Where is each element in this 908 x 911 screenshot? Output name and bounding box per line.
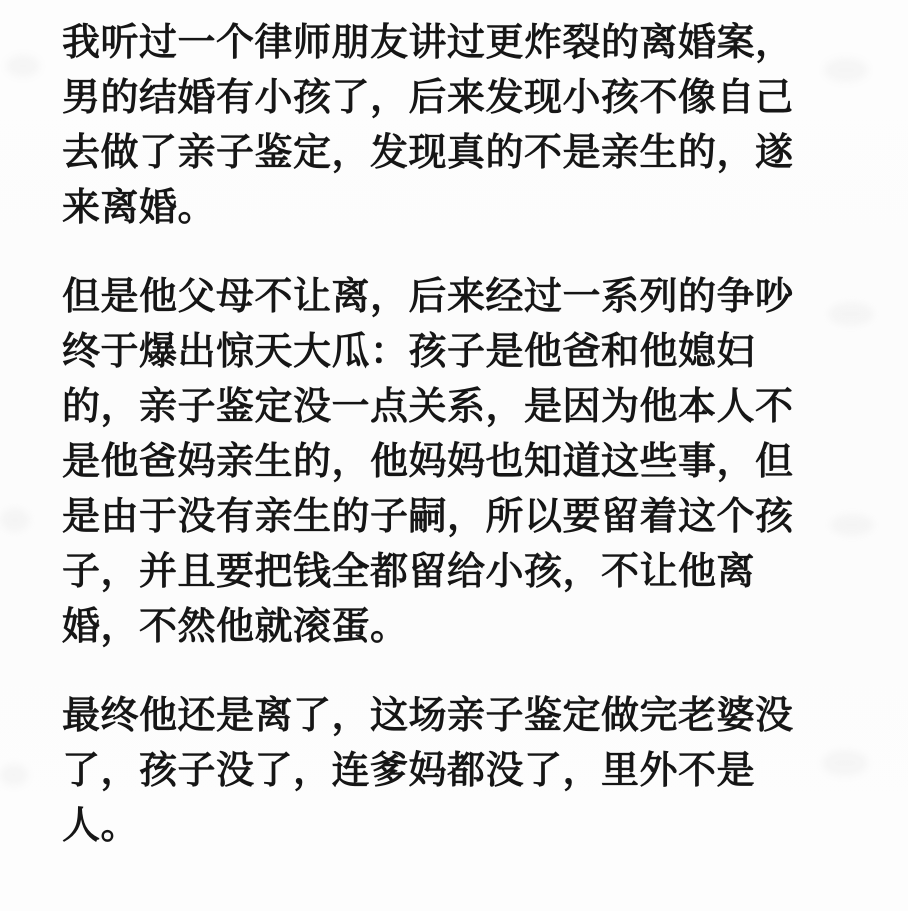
text-post-page: 我听过一个律师朋友讲过更炸裂的离婚案， 男的结婚有小孩了，后来发现小孩不像自己 … (0, 0, 908, 911)
watermark-smudge (0, 508, 30, 532)
watermark-smudge (6, 55, 40, 77)
watermark-smudge (0, 764, 28, 786)
story-paragraph-3: 最终他还是离了，这场亲子鉴定做完老婆没 了，孩子没了，连爹妈都没了，里外不是 人… (62, 689, 862, 854)
story-paragraph-1: 我听过一个律师朋友讲过更炸裂的离婚案， 男的结婚有小孩了，后来发现小孩不像自己 … (62, 16, 862, 236)
story-paragraph-2: 但是他父母不让离，后来经过一系列的争吵 终于爆出惊天大瓜：孩子是他爸和他媳妇 的… (62, 270, 862, 655)
